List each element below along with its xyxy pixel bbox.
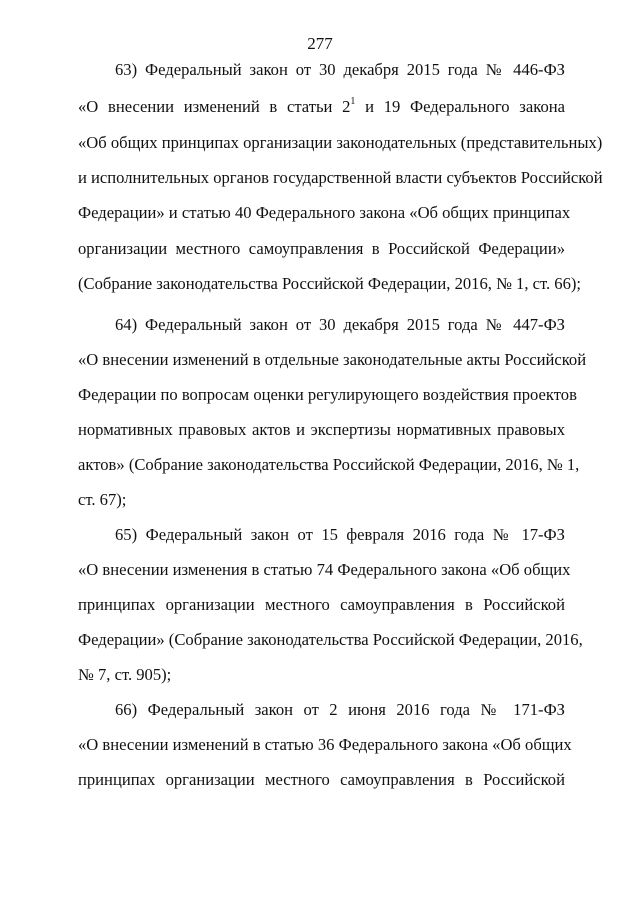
- item-heading-line: 64) Федеральный закон от 30 декабря 2015…: [115, 315, 565, 335]
- text-line: «О внесении изменений в статью 36 Федера…: [78, 735, 565, 755]
- text-line: принципах организации местного самоуправ…: [78, 770, 565, 790]
- text-line: «О внесении изменений в статьи 21 и 19 Ф…: [78, 97, 565, 117]
- item-heading-line: 63) Федеральный закон от 30 декабря 2015…: [115, 60, 565, 80]
- text-line: № 7, ст. 905);: [78, 665, 565, 685]
- text-line: Федерации по вопросам оценки регулирующе…: [78, 385, 565, 405]
- item-heading-line: 66) Федеральный закон от 2 июня 2016 год…: [115, 700, 565, 720]
- text-line: Федерации» и статью 40 Федерального зако…: [78, 203, 565, 223]
- text-line: «О внесении изменений в отдельные законо…: [78, 350, 565, 370]
- page-number: 277: [0, 34, 640, 54]
- text-line: и исполнительных органов государственной…: [78, 168, 565, 188]
- item-heading-line: 65) Федеральный закон от 15 февраля 2016…: [115, 525, 565, 545]
- text-line: «О внесении изменения в статью 74 Федера…: [78, 560, 565, 580]
- text-line: актов» (Собрание законодательства Россий…: [78, 455, 565, 475]
- text-line: Федерации» (Собрание законодательства Ро…: [78, 630, 565, 650]
- text-line: нормативных правовых актов и экспертизы …: [78, 420, 565, 440]
- text-line: организации местного самоуправления в Ро…: [78, 239, 565, 259]
- text-line: ст. 67);: [78, 490, 565, 510]
- text-line: (Собрание законодательства Российской Фе…: [78, 274, 565, 294]
- text-line: принципах организации местного самоуправ…: [78, 595, 565, 615]
- text-line: «Об общих принципах организации законода…: [78, 133, 565, 153]
